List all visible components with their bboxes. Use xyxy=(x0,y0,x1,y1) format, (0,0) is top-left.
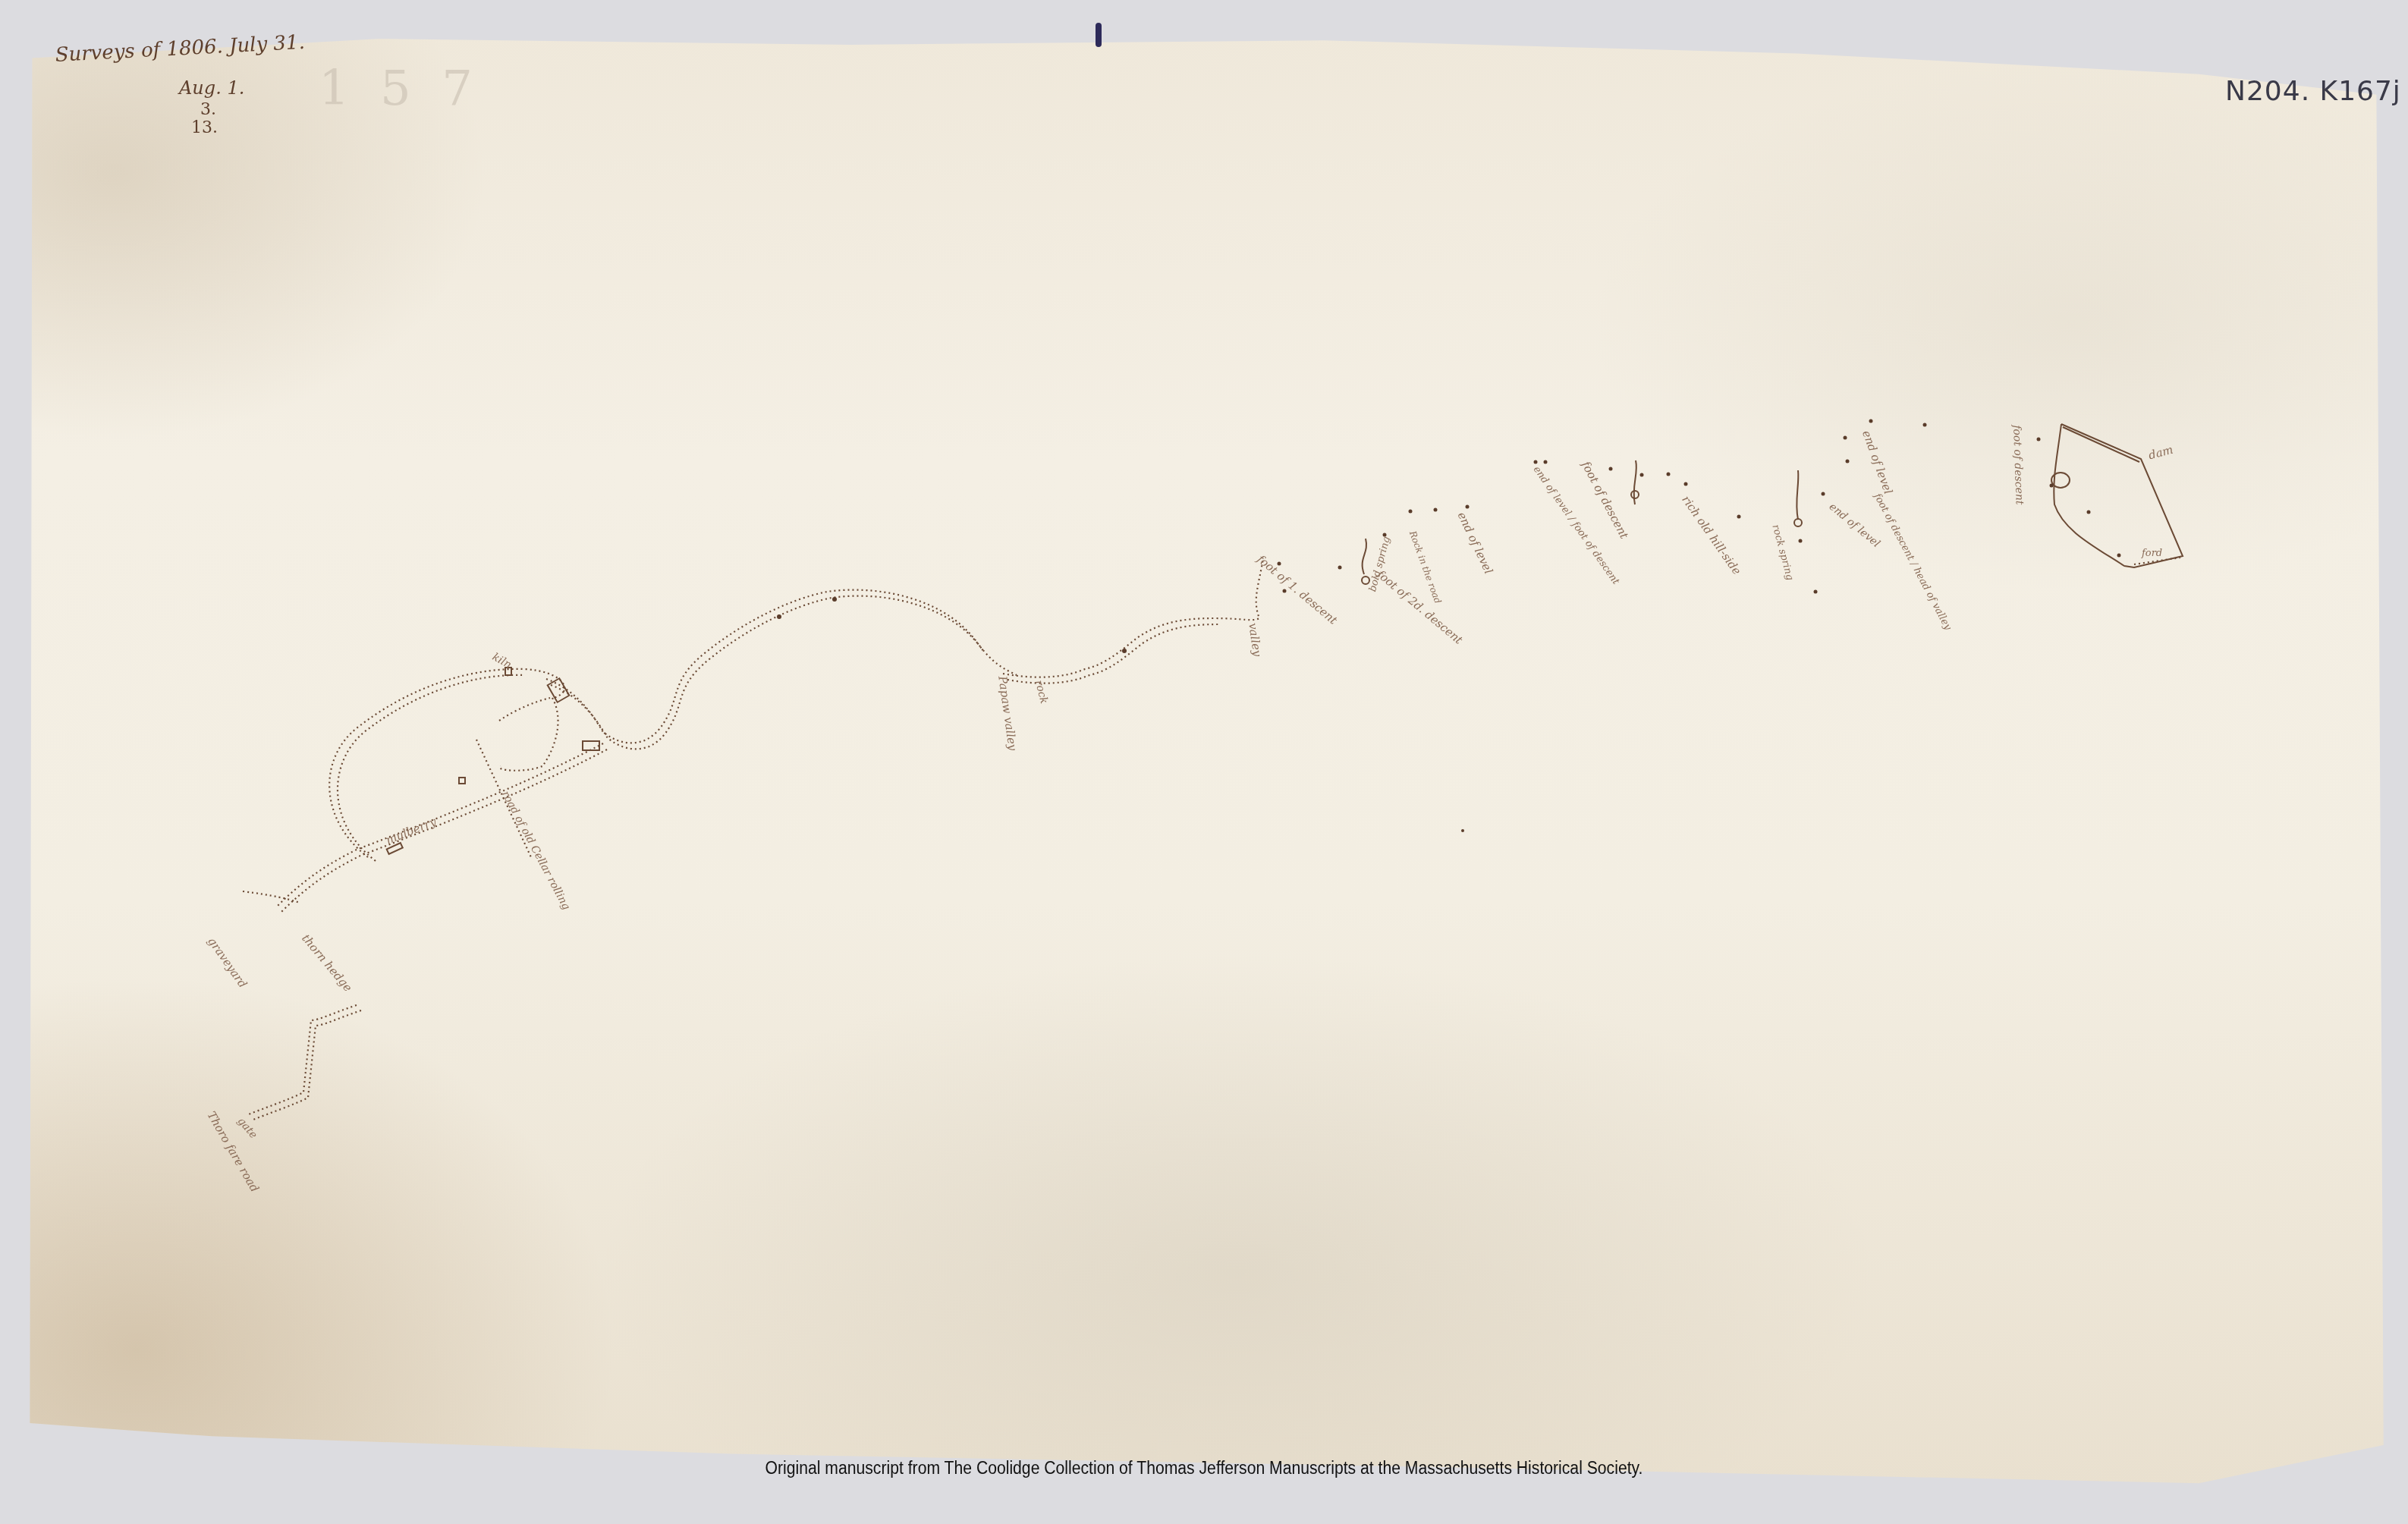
collection-caption: Original manuscript from The Coolidge Co… xyxy=(96,1458,2312,1478)
survey-map xyxy=(0,0,2408,1524)
label-ford: ford xyxy=(2142,548,2162,559)
